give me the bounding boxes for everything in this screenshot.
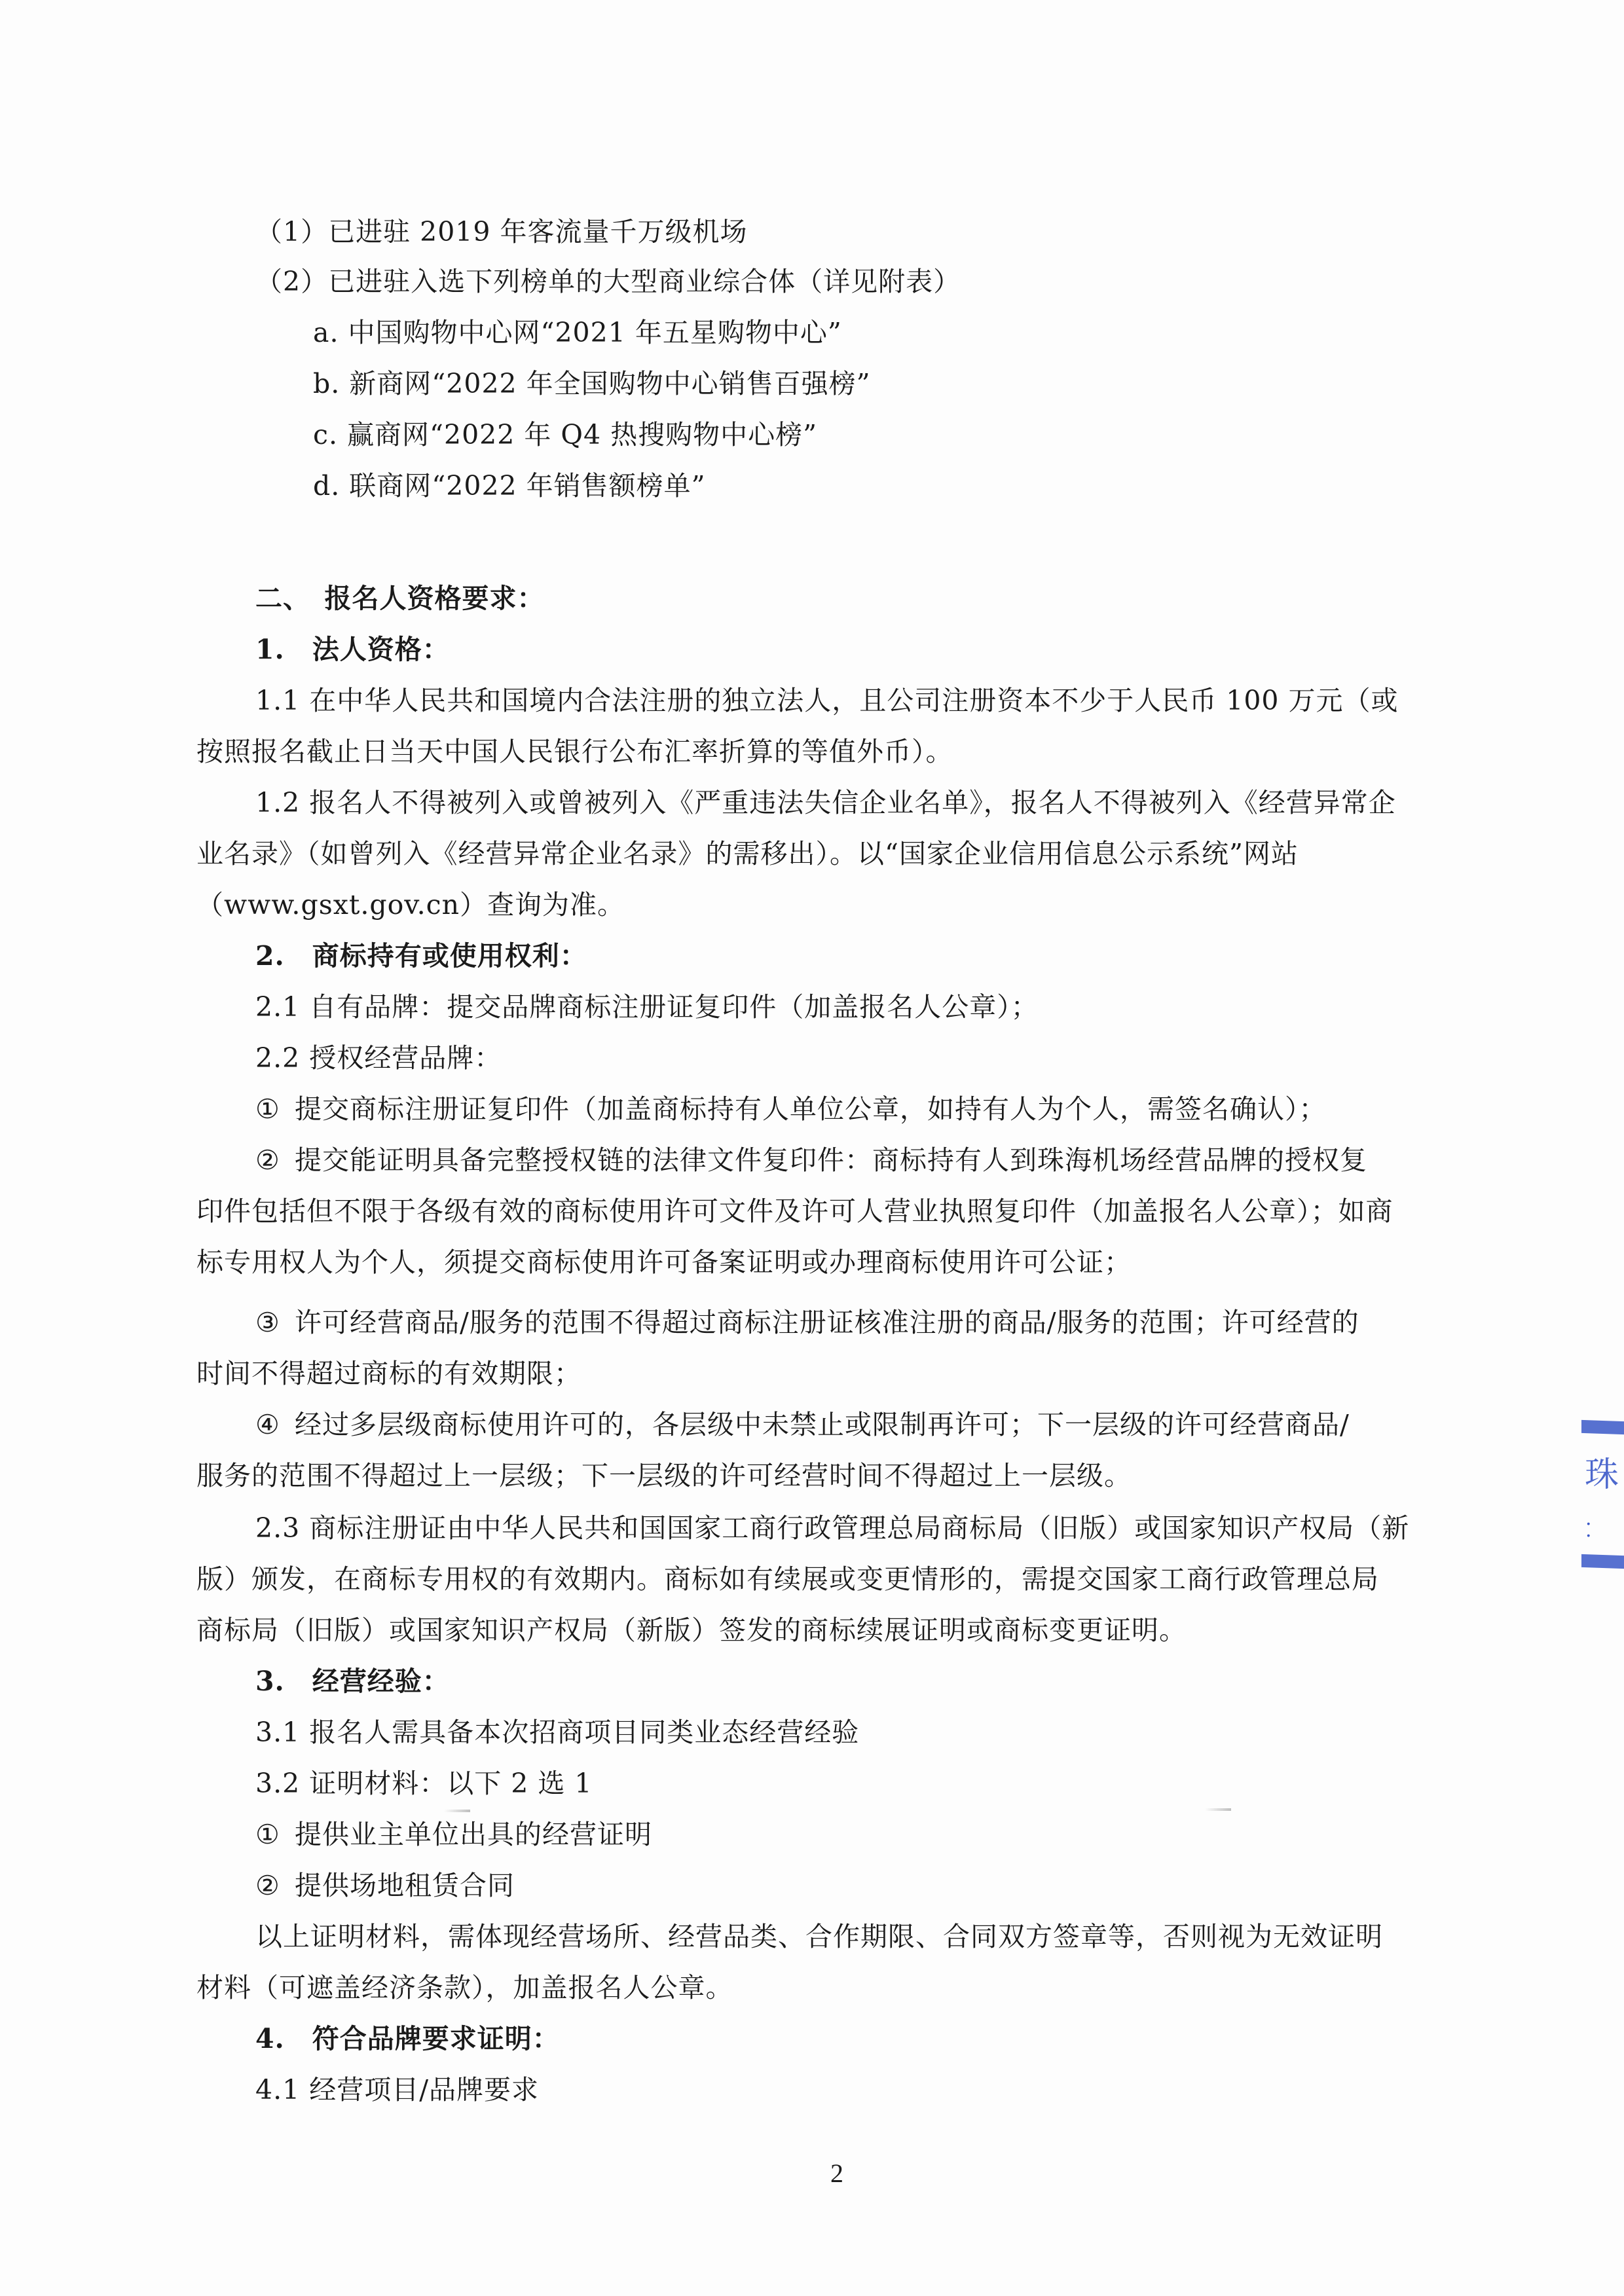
condition-4-line-2: 服务的范围不得超过上一层级；下一层级的许可经营时间不得超过上一层级。: [196, 1460, 1132, 1491]
option-2-text: 提供场地租赁合同: [295, 1870, 515, 1901]
condition-2: ②提交能证明具备完整授权链的法律文件复印件：商标持有人到珠海机场经营品牌的授权复: [255, 1144, 1367, 1176]
condition-1-text: 提交商标注册证复印件（加盖商标持有人单位公章，如持有人为个人，需签名确认）；: [295, 1093, 1327, 1125]
paragraph-2-3-line-1: 2.3 商标注册证由中华人民共和国国家工商行政管理总局商标局（旧版）或国家知识产…: [255, 1512, 1409, 1544]
list-subitem-a: a. 中国购物中心网“2021 年五星购物中心”: [313, 317, 842, 348]
seal-stamp: 珠 ··: [1581, 1421, 1624, 1571]
condition-3: ③许可经营商品/服务的范围不得超过商标注册证核准注册的商品/服务的范围；许可经营…: [255, 1307, 1359, 1338]
paragraph-3-1: 3.1 报名人需具备本次招商项目同类业态经营经验: [255, 1717, 859, 1748]
paragraph-2-3-line-2: 版）颁发，在商标专用权的有效期内。商标如有续展或变更情形的，需提交国家工商行政管…: [196, 1563, 1379, 1595]
document-page: （1）已进驻 2019 年客流量千万级机场 （2）已进驻入选下列榜单的大型商业综…: [0, 0, 1624, 2296]
circled-number-3: ③: [255, 1307, 295, 1338]
stamp-marks: ··: [1585, 1519, 1592, 1542]
paragraph-1-2-line-2: 业名录》（如曾列入《经营异常企业名录》的需移出）。以“国家企业信用信息公示系统”…: [196, 838, 1299, 869]
list-item-airport: （1）已进驻 2019 年客流量千万级机场: [255, 216, 748, 247]
stamp-border-top: [1581, 1420, 1624, 1434]
list-item-mall: （2）已进驻入选下列榜单的大型商业综合体（详见附表）: [255, 266, 961, 297]
circled-number-1: ①: [255, 1819, 295, 1850]
paragraph-4-1: 4.1 经营项目/品牌要求: [255, 2074, 539, 2105]
note-line-2: 材料（可遮盖经济条款），加盖报名人公章。: [196, 1972, 733, 2003]
option-1-text: 提供业主单位出具的经营证明: [295, 1819, 652, 1850]
circled-number-1: ①: [255, 1093, 295, 1125]
scan-artifact: [1205, 1808, 1231, 1811]
stamp-glyph: 珠: [1585, 1447, 1619, 1496]
condition-1: ①提交商标注册证复印件（加盖商标持有人单位公章，如持有人为个人，需签名确认）；: [255, 1093, 1327, 1125]
condition-4-text-line-1: 经过多层级商标使用许可的，各层级中未禁止或限制再许可；下一层级的许可经营商品/: [295, 1409, 1350, 1440]
subsection-heading-legal-entity: 1. 法人资格：: [255, 634, 450, 665]
condition-2-line-3: 标专用权人为个人，须提交商标使用许可备案证明或办理商标使用许可公证；: [196, 1247, 1132, 1278]
paragraph-2-2: 2.2 授权经营品牌：: [255, 1042, 502, 1074]
stamp-border-bottom: [1581, 1554, 1624, 1569]
page-number: 2: [830, 2158, 843, 2189]
list-subitem-c: c. 赢商网“2022 年 Q4 热搜购物中心榜”: [313, 419, 817, 450]
section-heading-qualifications: 二、 报名人资格要求：: [255, 583, 545, 614]
note-line-1: 以上证明材料，需体现经营场所、经营品类、合作期限、合同双方签章等，否则视为无效证…: [255, 1921, 1383, 1952]
paragraph-1-1-line-2: 按照报名截止日当天中国人民银行公布汇率折算的等值外币）。: [196, 736, 953, 767]
circled-number-2: ②: [255, 1144, 295, 1176]
paragraph-3-2: 3.2 证明材料：以下 2 选 1: [255, 1768, 593, 1799]
paragraph-2-3-line-3: 商标局（旧版）或国家知识产权局（新版）签发的商标续展证明或商标变更证明。: [196, 1614, 1187, 1646]
circled-number-4: ④: [255, 1409, 295, 1440]
paragraph-1-1-line-1: 1.1 在中华人民共和国境内合法注册的独立法人，且公司注册资本不少于人民币 10…: [255, 685, 1399, 716]
condition-2-text-line-1: 提交能证明具备完整授权链的法律文件复印件：商标持有人到珠海机场经营品牌的授权复: [295, 1144, 1367, 1176]
condition-2-line-2: 印件包括但不限于各级有效的商标使用许可文件及许可人营业执照复印件（加盖报名人公章…: [196, 1195, 1393, 1227]
subsection-heading-trademark: 2. 商标持有或使用权利：: [255, 940, 587, 972]
list-subitem-d: d. 联商网“2022 年销售额榜单”: [313, 470, 706, 501]
condition-4: ④经过多层级商标使用许可的，各层级中未禁止或限制再许可；下一层级的许可经营商品/: [255, 1409, 1350, 1440]
option-2: ②提供场地租赁合同: [255, 1870, 515, 1901]
paragraph-1-2-line-1: 1.2 报名人不得被列入或曾被列入《严重违法失信企业名单》，报名人不得被列入《经…: [255, 787, 1396, 818]
subsection-heading-experience: 3. 经营经验：: [255, 1666, 450, 1697]
circled-number-2: ②: [255, 1870, 295, 1901]
option-1: ①提供业主单位出具的经营证明: [255, 1819, 652, 1850]
paragraph-2-1: 2.1 自有品牌：提交品牌商标注册证复印件（加盖报名人公章）；: [255, 991, 1039, 1023]
condition-3-line-2: 时间不得超过商标的有效期限；: [196, 1358, 581, 1389]
paragraph-1-2-line-3: （www.gsxt.gov.cn）查询为准。: [196, 889, 625, 920]
list-subitem-b: b. 新商网“2022 年全国购物中心销售百强榜”: [313, 368, 871, 399]
scan-artifact: [444, 1810, 470, 1812]
condition-3-text-line-1: 许可经营商品/服务的范围不得超过商标注册证核准注册的商品/服务的范围；许可经营的: [295, 1307, 1359, 1338]
subsection-heading-brand-proof: 4. 符合品牌要求证明：: [255, 2023, 560, 2054]
